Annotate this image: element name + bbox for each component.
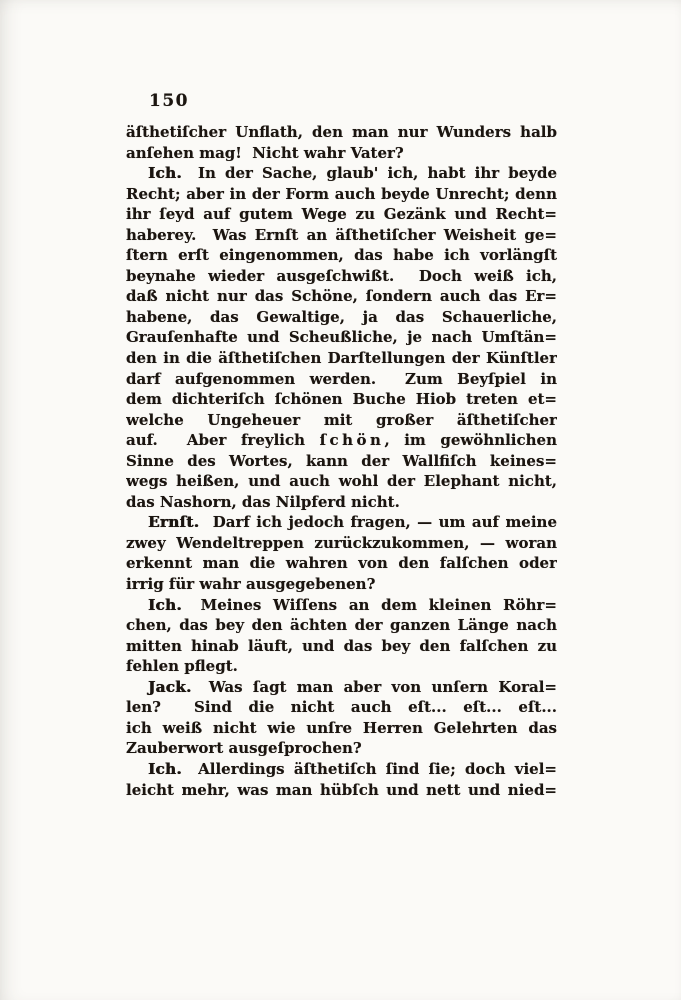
line-text: ſchön: [320, 431, 385, 449]
line-text: Zauberwort ausgeſprochen?: [126, 739, 362, 757]
page-number: 150: [149, 91, 189, 111]
page-text: äſthetiſcher Unflath, den man nur Wunder…: [126, 122, 557, 800]
text-line: ſtern erſt eingenommen, das habe ich vor…: [126, 245, 557, 266]
line-text: ich weiß nicht wie unſre Herren Gelehrte…: [126, 719, 557, 737]
line-text: mitten hinab läuft, und das bey den falſ…: [126, 637, 557, 655]
text-line: len? Sind die nicht auch eſt... eſt... e…: [126, 697, 557, 718]
line-text: dem dichteriſch ſchönen Buche Hiob trete…: [126, 390, 557, 408]
line-text: Grauſenhafte und Scheußliche, je nach Um…: [126, 328, 557, 346]
text-line: Ich. Meines Wiſſens an dem kleinen Röhr=: [126, 595, 557, 616]
text-line: chen, das bey den ächten der ganzen Läng…: [126, 615, 557, 636]
line-text: zwey Wendeltreppen zurückzukommen, — wor…: [126, 534, 557, 552]
text-line: fehlen pflegt.: [126, 656, 557, 677]
speaker-label: Ich.: [148, 164, 189, 182]
line-text: In der Sache, glaub' ich, habt ihr beyde: [198, 164, 557, 182]
text-line: Recht; aber in der Form auch beyde Unrec…: [126, 184, 557, 205]
scanned-book-page: 150 äſthetiſcher Unflath, den man nur Wu…: [0, 0, 681, 1000]
text-line: das Nashorn, das Nilpferd nicht.: [126, 492, 557, 513]
speaker-label: Ernſt.: [148, 513, 206, 531]
line-text: habene, das Gewaltige, ja das Schauerlic…: [126, 308, 557, 326]
line-text: , im gewöhnlichen: [384, 431, 557, 449]
line-text: Sinne des Wortes, kann der Wallfiſch kei…: [126, 452, 557, 470]
text-line: darf aufgenommen werden. Zum Beyſpiel in: [126, 369, 557, 390]
line-text: den in die äſthetiſchen Darſtellungen de…: [126, 349, 557, 367]
text-line: haberey. Was Ernſt an äſthetiſcher Weish…: [126, 225, 557, 246]
line-text: Recht; aber in der Form auch beyde Unrec…: [126, 185, 557, 203]
text-line: zwey Wendeltreppen zurückzukommen, — wor…: [126, 533, 557, 554]
line-text: wegs heißen, und auch wohl der Elephant …: [126, 472, 557, 490]
text-line: Jack. Was ſagt man aber von unſern Koral…: [126, 677, 557, 698]
line-text: anſehen mag! Nicht wahr Vater?: [126, 144, 404, 162]
text-line: mitten hinab läuft, und das bey den falſ…: [126, 636, 557, 657]
line-text: beynahe wieder ausgeſchwißt. Doch weiß i…: [126, 267, 557, 285]
text-line: erkennt man die wahren von den falſchen …: [126, 553, 557, 574]
text-line: leicht mehr, was man hübſch und nett und…: [126, 780, 557, 801]
line-text: Was ſagt man aber von unſern Koral=: [209, 678, 557, 696]
text-line: ihr ſeyd auf gutem Wege zu Gezänk und Re…: [126, 204, 557, 225]
line-text: Allerdings äſthetiſch ſind ſie; doch vie…: [198, 760, 557, 778]
text-line: Ich. In der Sache, glaub' ich, habt ihr …: [126, 163, 557, 184]
text-line: welche Ungeheuer mit großer äſthetiſcher…: [126, 410, 557, 431]
line-text: erkennt man die wahren von den falſchen …: [126, 554, 557, 572]
text-line: anſehen mag! Nicht wahr Vater?: [126, 143, 557, 164]
line-text: chen, das bey den ächten der ganzen Läng…: [126, 616, 557, 634]
line-text: haberey. Was Ernſt an äſthetiſcher Weish…: [126, 226, 557, 244]
speaker-label: Ich.: [148, 596, 189, 614]
line-text: Meines Wiſſens an dem kleinen Röhr=: [201, 596, 557, 614]
line-text: Darf ich jedoch fragen, — um auf meine: [213, 513, 557, 531]
text-line: dem dichteriſch ſchönen Buche Hiob trete…: [126, 389, 557, 410]
text-line: ich weiß nicht wie unſre Herren Gelehrte…: [126, 718, 557, 739]
line-text: leicht mehr, was man hübſch und nett und…: [126, 781, 557, 799]
text-line: wegs heißen, und auch wohl der Elephant …: [126, 471, 557, 492]
text-line: habene, das Gewaltige, ja das Schauerlic…: [126, 307, 557, 328]
line-text: auf. Aber freylich: [126, 431, 305, 449]
text-line: auf. Aber freylich ſchön, im gewöhnliche…: [126, 430, 557, 451]
speaker-label: Jack.: [148, 678, 199, 696]
line-text: darf aufgenommen werden. Zum Beyſpiel in: [126, 370, 557, 388]
text-line: Ich. Allerdings äſthetiſch ſind ſie; doc…: [126, 759, 557, 780]
text-line: beynahe wieder ausgeſchwißt. Doch weiß i…: [126, 266, 557, 287]
text-line: irrig für wahr ausgegebenen?: [126, 574, 557, 595]
line-text: das Nashorn, das Nilpferd nicht.: [126, 493, 400, 511]
text-line: Ernſt. Darf ich jedoch fragen, — um auf …: [126, 512, 557, 533]
line-text: daß nicht nur das Schöne, ſondern auch d…: [126, 287, 557, 305]
line-text: ihr ſeyd auf gutem Wege zu Gezänk und Re…: [126, 205, 557, 223]
text-line: Zauberwort ausgeſprochen?: [126, 738, 557, 759]
text-line: äſthetiſcher Unflath, den man nur Wunder…: [126, 122, 557, 143]
line-text: fehlen pflegt.: [126, 657, 238, 675]
text-line: den in die äſthetiſchen Darſtellungen de…: [126, 348, 557, 369]
line-text: äſthetiſcher Unflath, den man nur Wunder…: [126, 123, 557, 141]
text-line: Sinne des Wortes, kann der Wallfiſch kei…: [126, 451, 557, 472]
line-text: irrig für wahr ausgegebenen?: [126, 575, 375, 593]
line-text: welche Ungeheuer mit großer äſthetiſcher…: [126, 411, 557, 431]
line-text: len? Sind die nicht auch eſt... eſt... e…: [126, 698, 557, 716]
text-line: daß nicht nur das Schöne, ſondern auch d…: [126, 286, 557, 307]
line-text: ſtern erſt eingenommen, das habe ich vor…: [126, 246, 557, 264]
text-line: Grauſenhafte und Scheußliche, je nach Um…: [126, 327, 557, 348]
speaker-label: Ich.: [148, 760, 189, 778]
